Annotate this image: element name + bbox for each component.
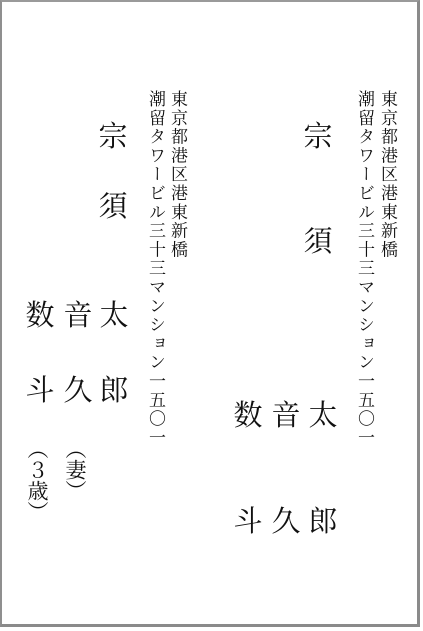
left-name-row2-char-3: 郎	[98, 374, 130, 406]
age-note: （３歳）	[26, 438, 48, 522]
right-name-row2-char-1: 斗	[232, 505, 264, 537]
left-name-row2-char-2: 久	[62, 374, 94, 406]
right-address-line1: 東京都港区港東新橋	[377, 90, 396, 259]
left-name-row1-char-2: 音	[62, 299, 94, 331]
right-surname-char-2: 須	[302, 225, 334, 257]
left-address-line1: 東京都港区港東新橋	[167, 90, 186, 259]
left-surname-char-2: 須	[97, 190, 129, 222]
right-name-row2-char-2: 久	[270, 505, 302, 537]
left-surname-char-1: 宗	[97, 120, 129, 152]
right-name-row1-char-1: 数	[232, 399, 264, 431]
left-name-row2-char-1: 斗	[24, 374, 56, 406]
left-address-line2: 潮留タワービル三十三マンション一五〇一	[145, 90, 164, 447]
address-card: 東京都港区港東新橋 潮留タワービル三十三マンション一五〇一 宗 須 数 音 太 …	[0, 0, 420, 627]
wife-note: （妻）	[64, 438, 86, 501]
left-name-row1-char-3: 太	[98, 299, 130, 331]
right-name-row2-char-3: 郎	[307, 505, 339, 537]
left-name-row1-char-1: 数	[24, 299, 56, 331]
right-surname-char-1: 宗	[302, 120, 334, 152]
right-name-row1-char-3: 太	[307, 399, 339, 431]
right-name-row1-char-2: 音	[270, 399, 302, 431]
right-address-line2: 潮留タワービル三十三マンション一五〇一	[354, 90, 373, 447]
